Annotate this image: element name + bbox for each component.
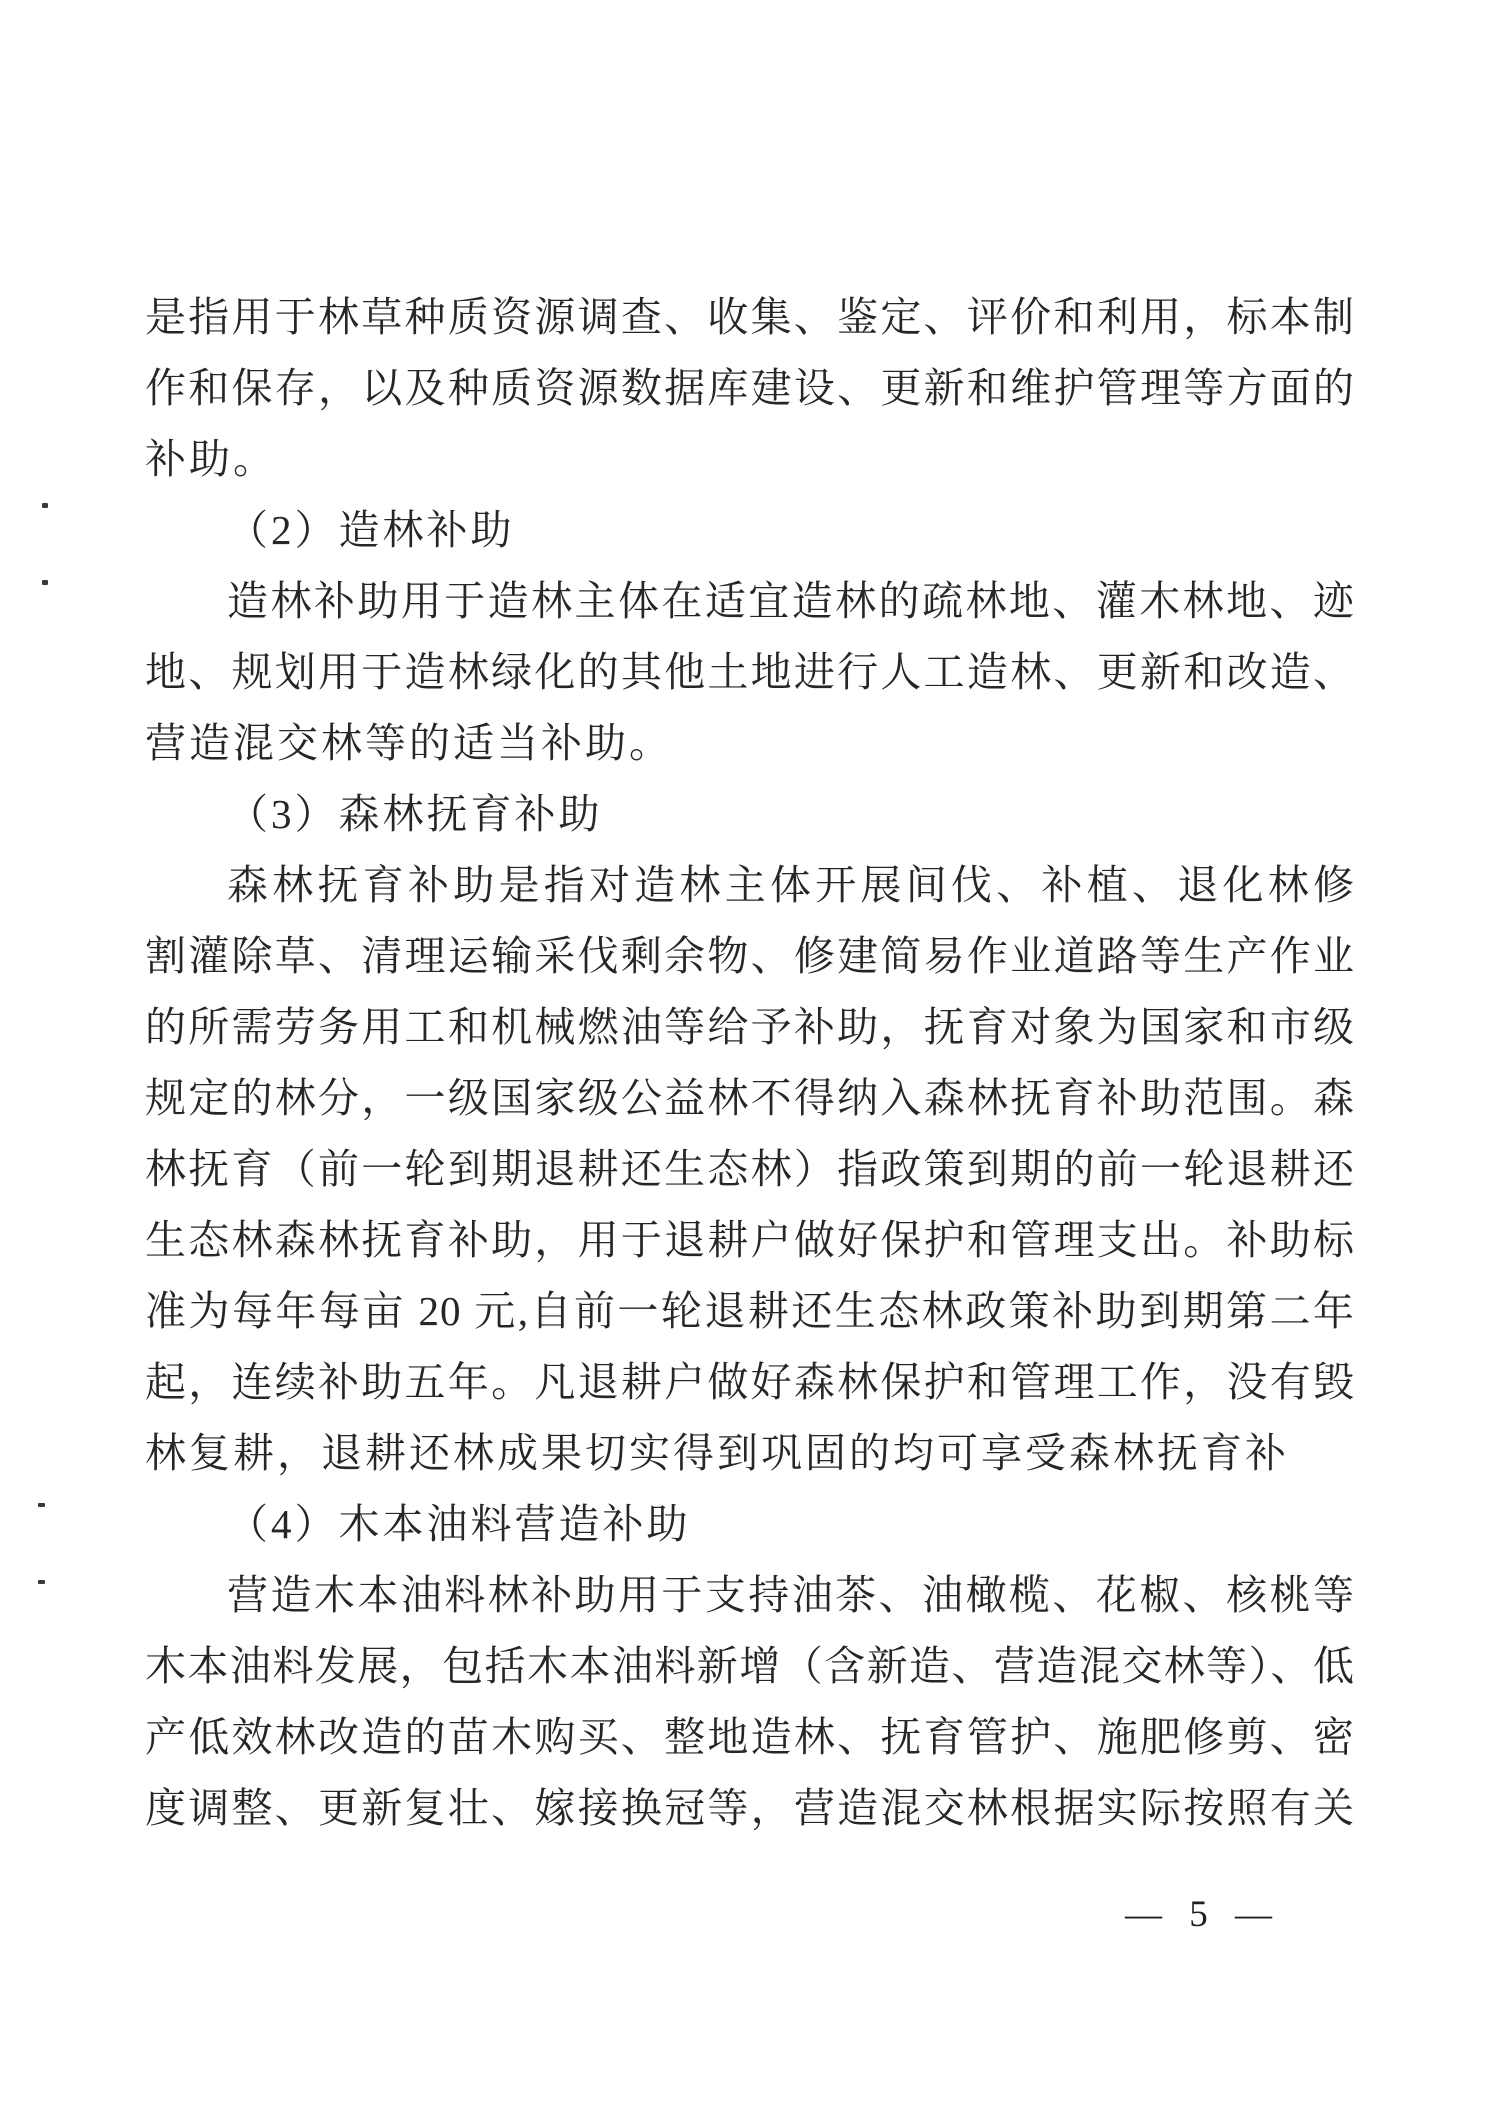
text-line: 是指用于林草种质资源调查、收集、鉴定、评价和利用，标本制: [145, 282, 1355, 353]
scan-speck: [38, 1580, 45, 1584]
text-line: 营造木本油料林补助用于支持油茶、油橄榄、花椒、核桃等: [145, 1560, 1355, 1631]
text-line: 补助。: [145, 424, 1355, 495]
text-line: 准为每年每亩 20 元,自前一轮退耕还生态林政策补助到期第二年: [145, 1276, 1355, 1347]
page-number: — 5 —: [1125, 1893, 1274, 1936]
text-line: 地、规划用于造林绿化的其他土地进行人工造林、更新和改造、: [145, 637, 1355, 708]
text-line: 生态林森林抚育补助，用于退耕户做好保护和管理支出。补助标: [145, 1205, 1355, 1276]
section-heading: （3）森林抚育补助: [145, 779, 1355, 850]
text-line: 的所需劳务用工和机械燃油等给予补助，抚育对象为国家和市级: [145, 992, 1355, 1063]
text-line: 林抚育（前一轮到期退耕还生态林）指政策到期的前一轮退耕还: [145, 1134, 1355, 1205]
text-line: 森林抚育补助是指对造林主体开展间伐、补植、退化林修复、: [145, 850, 1355, 921]
document-body: 是指用于林草种质资源调查、收集、鉴定、评价和利用，标本制 作和保存，以及种质资源…: [145, 282, 1355, 1844]
scan-speck: [42, 580, 48, 585]
scan-speck: [38, 1503, 45, 1507]
text-line: 规定的林分，一级国家级公益林不得纳入森林抚育补助范围。森: [145, 1063, 1355, 1134]
section-heading: （2）造林补助: [145, 495, 1355, 566]
text-line: 起，连续补助五年。凡退耕户做好森林保护和管理工作，没有毁: [145, 1347, 1355, 1418]
document-page: 是指用于林草种质资源调查、收集、鉴定、评价和利用，标本制 作和保存，以及种质资源…: [0, 0, 1495, 2102]
text-line: 造林补助用于造林主体在适宜造林的疏林地、灌木林地、迹: [145, 566, 1355, 637]
text-line: 营造混交林等的适当补助。: [145, 708, 1355, 779]
text-line: 度调整、更新复壮、嫁接换冠等，营造混交林根据实际按照有关: [145, 1773, 1355, 1844]
text-line: 林复耕，退耕还林成果切实得到巩固的均可享受森林抚育补助。: [145, 1418, 1355, 1489]
text-line: 木本油料发展，包括木本油料新增（含新造、营造混交林等）、低: [145, 1631, 1355, 1702]
text-line: 产低效林改造的苗木购买、整地造林、抚育管护、施肥修剪、密: [145, 1702, 1355, 1773]
section-heading: （4）木本油料营造补助: [145, 1489, 1355, 1560]
text-line: 作和保存，以及种质资源数据库建设、更新和维护管理等方面的: [145, 353, 1355, 424]
text-line: 割灌除草、清理运输采伐剩余物、修建简易作业道路等生产作业: [145, 921, 1355, 992]
scan-speck: [42, 503, 48, 508]
